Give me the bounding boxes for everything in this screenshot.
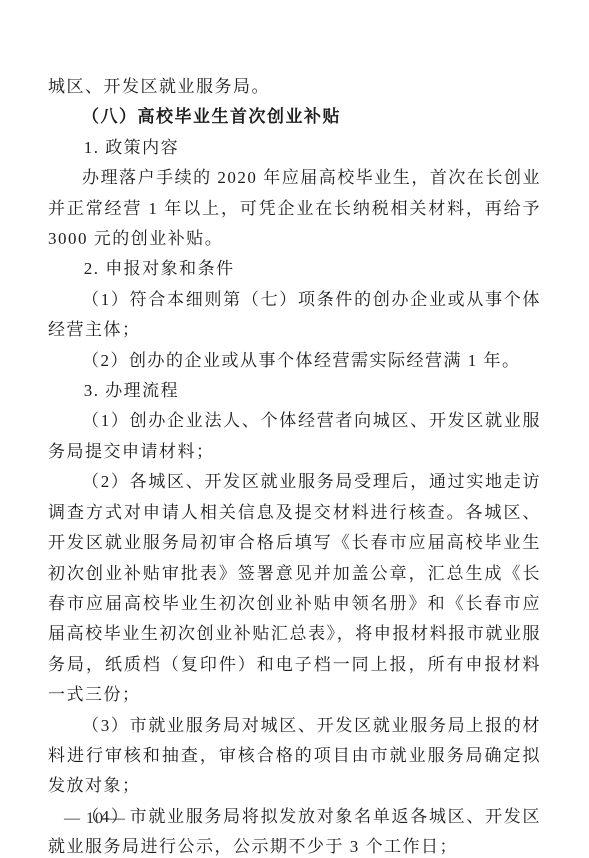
heading-section-8: （八）高校毕业生首次创业补贴 bbox=[48, 102, 541, 132]
para-process-2: （2）各城区、开发区就业服务局受理后，通过实地走访调查方式对申请人相关信息及提交… bbox=[48, 467, 541, 710]
heading-application-targets: 2. 申报对象和条件 bbox=[48, 254, 541, 284]
page-number: — 10 — bbox=[64, 804, 126, 834]
para-continuation: 城区、开发区就业服务局。 bbox=[48, 72, 541, 102]
para-condition-1: （1）符合本细则第（七）项条件的创办企业或从事个体经营主体； bbox=[48, 285, 541, 346]
para-policy: 办理落户手续的 2020 年应届高校毕业生，首次在长创业并正常经营 1 年以上，… bbox=[48, 163, 541, 254]
heading-process: 3. 办理流程 bbox=[48, 376, 541, 406]
heading-policy-content: 1. 政策内容 bbox=[48, 133, 541, 163]
para-process-1: （1）创办企业法人、个体经营者向城区、开发区就业服务局提交申请材料； bbox=[48, 406, 541, 467]
document-page: 城区、开发区就业服务局。 （八）高校毕业生首次创业补贴 1. 政策内容 办理落户… bbox=[0, 0, 589, 858]
para-condition-2: （2）创办的企业或从事个体经营需实际经营满 1 年。 bbox=[48, 346, 541, 376]
para-process-3: （3）市就业服务局对城区、开发区就业服务局上报的材料进行审核和抽查，审核合格的项… bbox=[48, 711, 541, 802]
